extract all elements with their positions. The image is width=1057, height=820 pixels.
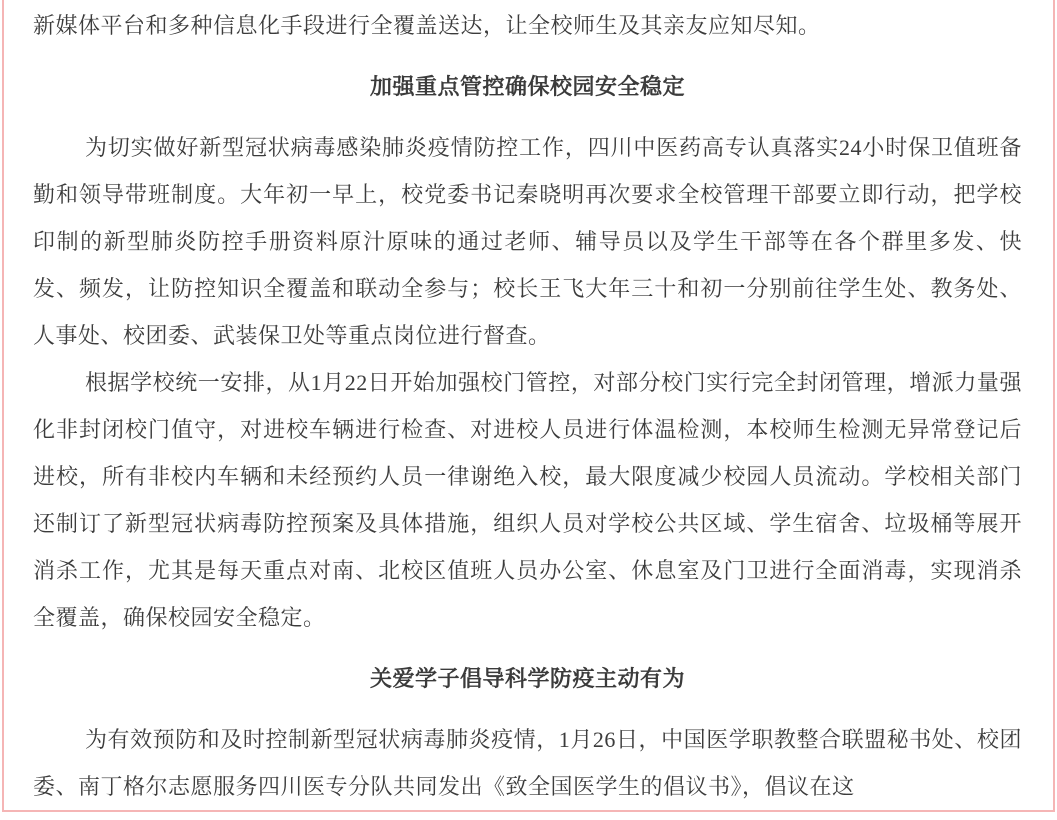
paragraph-campus-control-2: 根据学校统一安排，从1月22日开始加强校门管控，对部分校门实行完全封闭管理，增派… <box>33 359 1022 641</box>
article-page-frame: 新媒体平台和多种信息化手段进行全覆盖送达，让全校师生及其亲友应知尽知。 加强重点… <box>2 0 1055 812</box>
section-heading-student-care: 关爱学子倡导科学防疫主动有为 <box>33 655 1022 702</box>
paragraph-campus-control-1: 为切实做好新型冠状病毒感染肺炎疫情防控工作，四川中医药高专认真落实24小时保卫值… <box>33 124 1022 359</box>
article-body: 新媒体平台和多种信息化手段进行全覆盖送达，让全校师生及其亲友应知尽知。 加强重点… <box>4 0 1053 810</box>
paragraph-continuation: 新媒体平台和多种信息化手段进行全覆盖送达，让全校师生及其亲友应知尽知。 <box>33 2 1022 49</box>
section-heading-campus-control: 加强重点管控确保校园安全稳定 <box>33 63 1022 110</box>
paragraph-student-care-1: 为有效预防和及时控制新型冠状病毒肺炎疫情，1月26日，中国医学职教整合联盟秘书处… <box>33 716 1022 810</box>
